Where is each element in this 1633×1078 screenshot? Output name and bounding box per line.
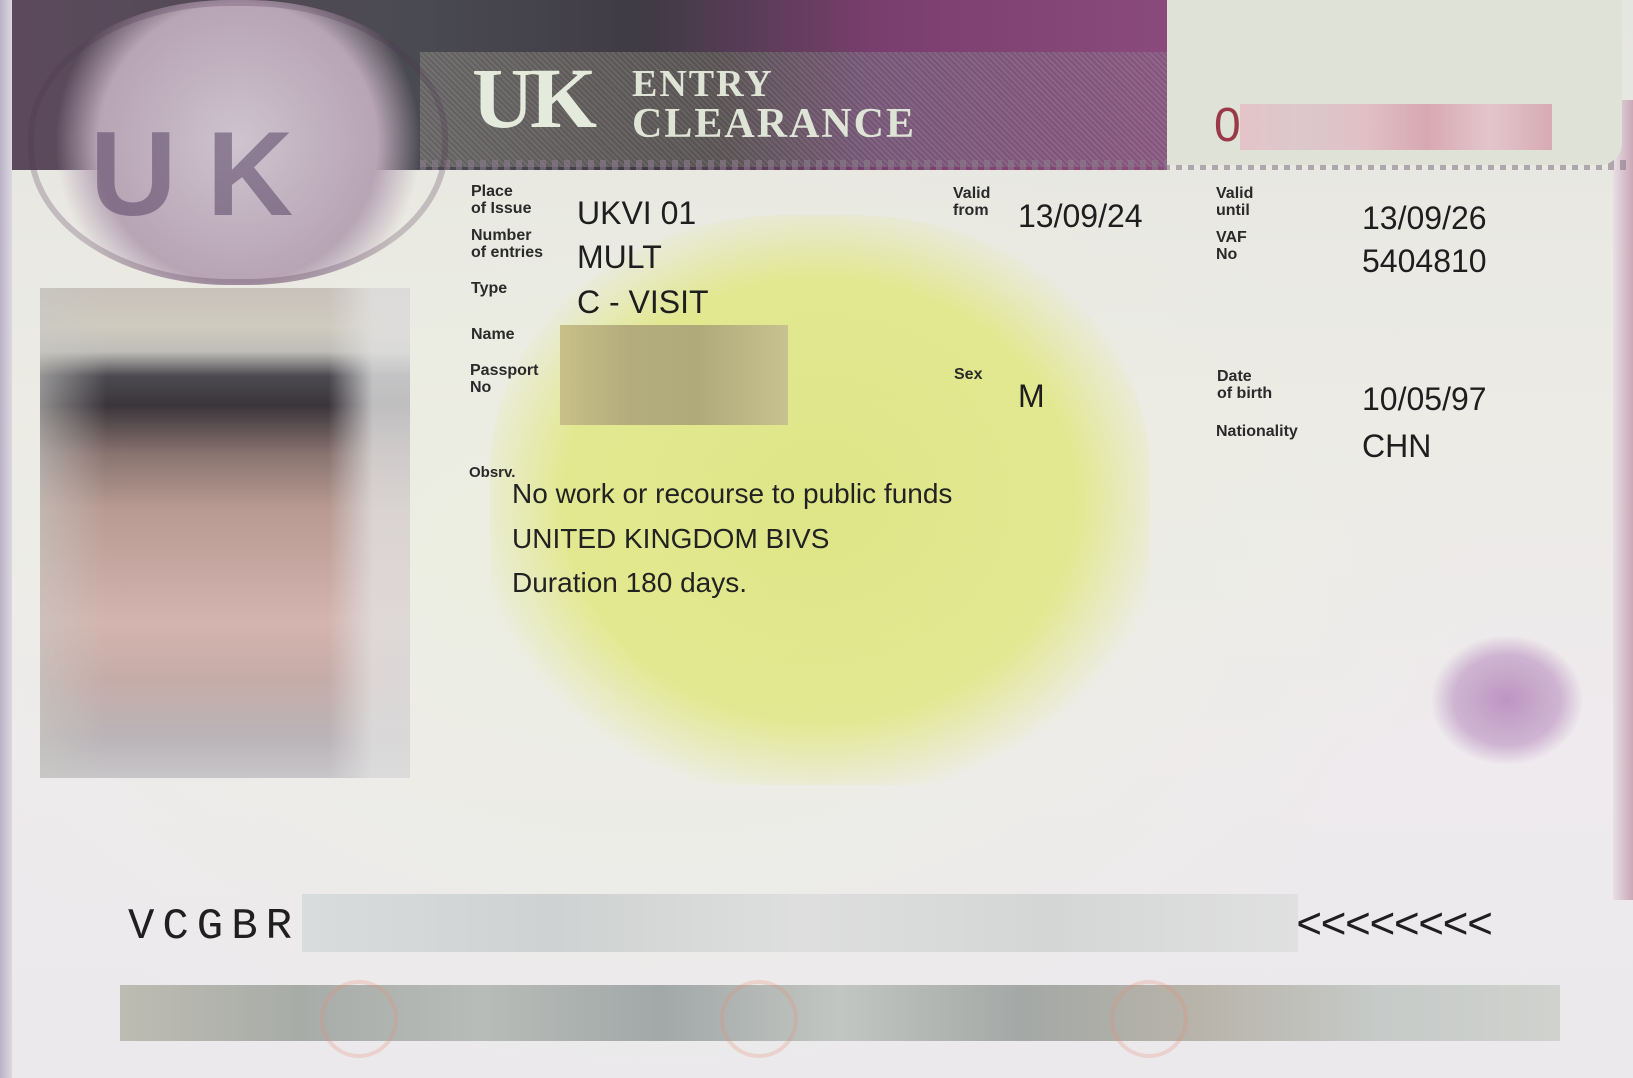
label-name: Name	[471, 326, 515, 343]
observation-line-2: UNITED KINGDOM BIVS	[512, 523, 829, 555]
label-number-of-entries: Number of entries	[471, 227, 543, 261]
label-date-of-birth: Date of birth	[1217, 368, 1272, 402]
serial-number-prefix: 0	[1214, 98, 1241, 153]
value-nationality: CHN	[1362, 428, 1431, 465]
observation-line-1: No work or recourse to public funds	[512, 478, 952, 510]
observation-line-3: Duration 180 days.	[512, 567, 747, 599]
label-type: Type	[471, 280, 507, 297]
rosette-text: UK	[90, 105, 323, 243]
value-type: C - VISIT	[577, 284, 709, 321]
value-sex: M	[1018, 378, 1045, 415]
watermark-logo-icon	[720, 980, 798, 1058]
royal-coat-of-arms-icon	[1432, 636, 1582, 764]
label-vaf-no: VAF No	[1216, 229, 1247, 263]
label-sex: Sex	[954, 366, 982, 383]
serial-number-redacted	[1240, 104, 1552, 150]
value-valid-until: 13/09/26	[1362, 200, 1487, 237]
label-nationality: Nationality	[1216, 423, 1298, 440]
label-observations: Obsrv.	[469, 464, 515, 481]
label-passport-no: Passport No	[470, 362, 538, 396]
watermark-logo-icon	[320, 980, 398, 1058]
page-edge-left	[0, 0, 12, 1078]
value-valid-from: 13/09/24	[1018, 198, 1143, 235]
visa-vignette: UK UK ENTRY CLEARANCE 0 Place of Issue U…	[0, 0, 1633, 1078]
value-place-of-issue: UKVI 01	[577, 195, 696, 232]
mrz-line1-prefix: VCGBR	[128, 902, 300, 952]
watermark-logo-icon	[1110, 980, 1188, 1058]
mrz-line1-redacted	[302, 894, 1298, 952]
label-place-of-issue: Place of Issue	[471, 183, 531, 217]
label-valid-until: Valid until	[1216, 185, 1253, 219]
name-passport-redacted	[560, 325, 788, 425]
value-date-of-birth: 10/05/97	[1362, 381, 1487, 418]
title-clearance: CLEARANCE	[632, 100, 916, 148]
value-vaf-no: 5404810	[1362, 243, 1487, 280]
holder-photo-redacted	[40, 288, 410, 778]
mrz-line1-filler: <<<<<<<<	[1296, 902, 1491, 952]
uk-logo: UK	[472, 48, 593, 148]
page-edge-right	[1613, 100, 1633, 900]
value-number-of-entries: MULT	[577, 239, 662, 276]
label-valid-from: Valid from	[953, 185, 990, 219]
